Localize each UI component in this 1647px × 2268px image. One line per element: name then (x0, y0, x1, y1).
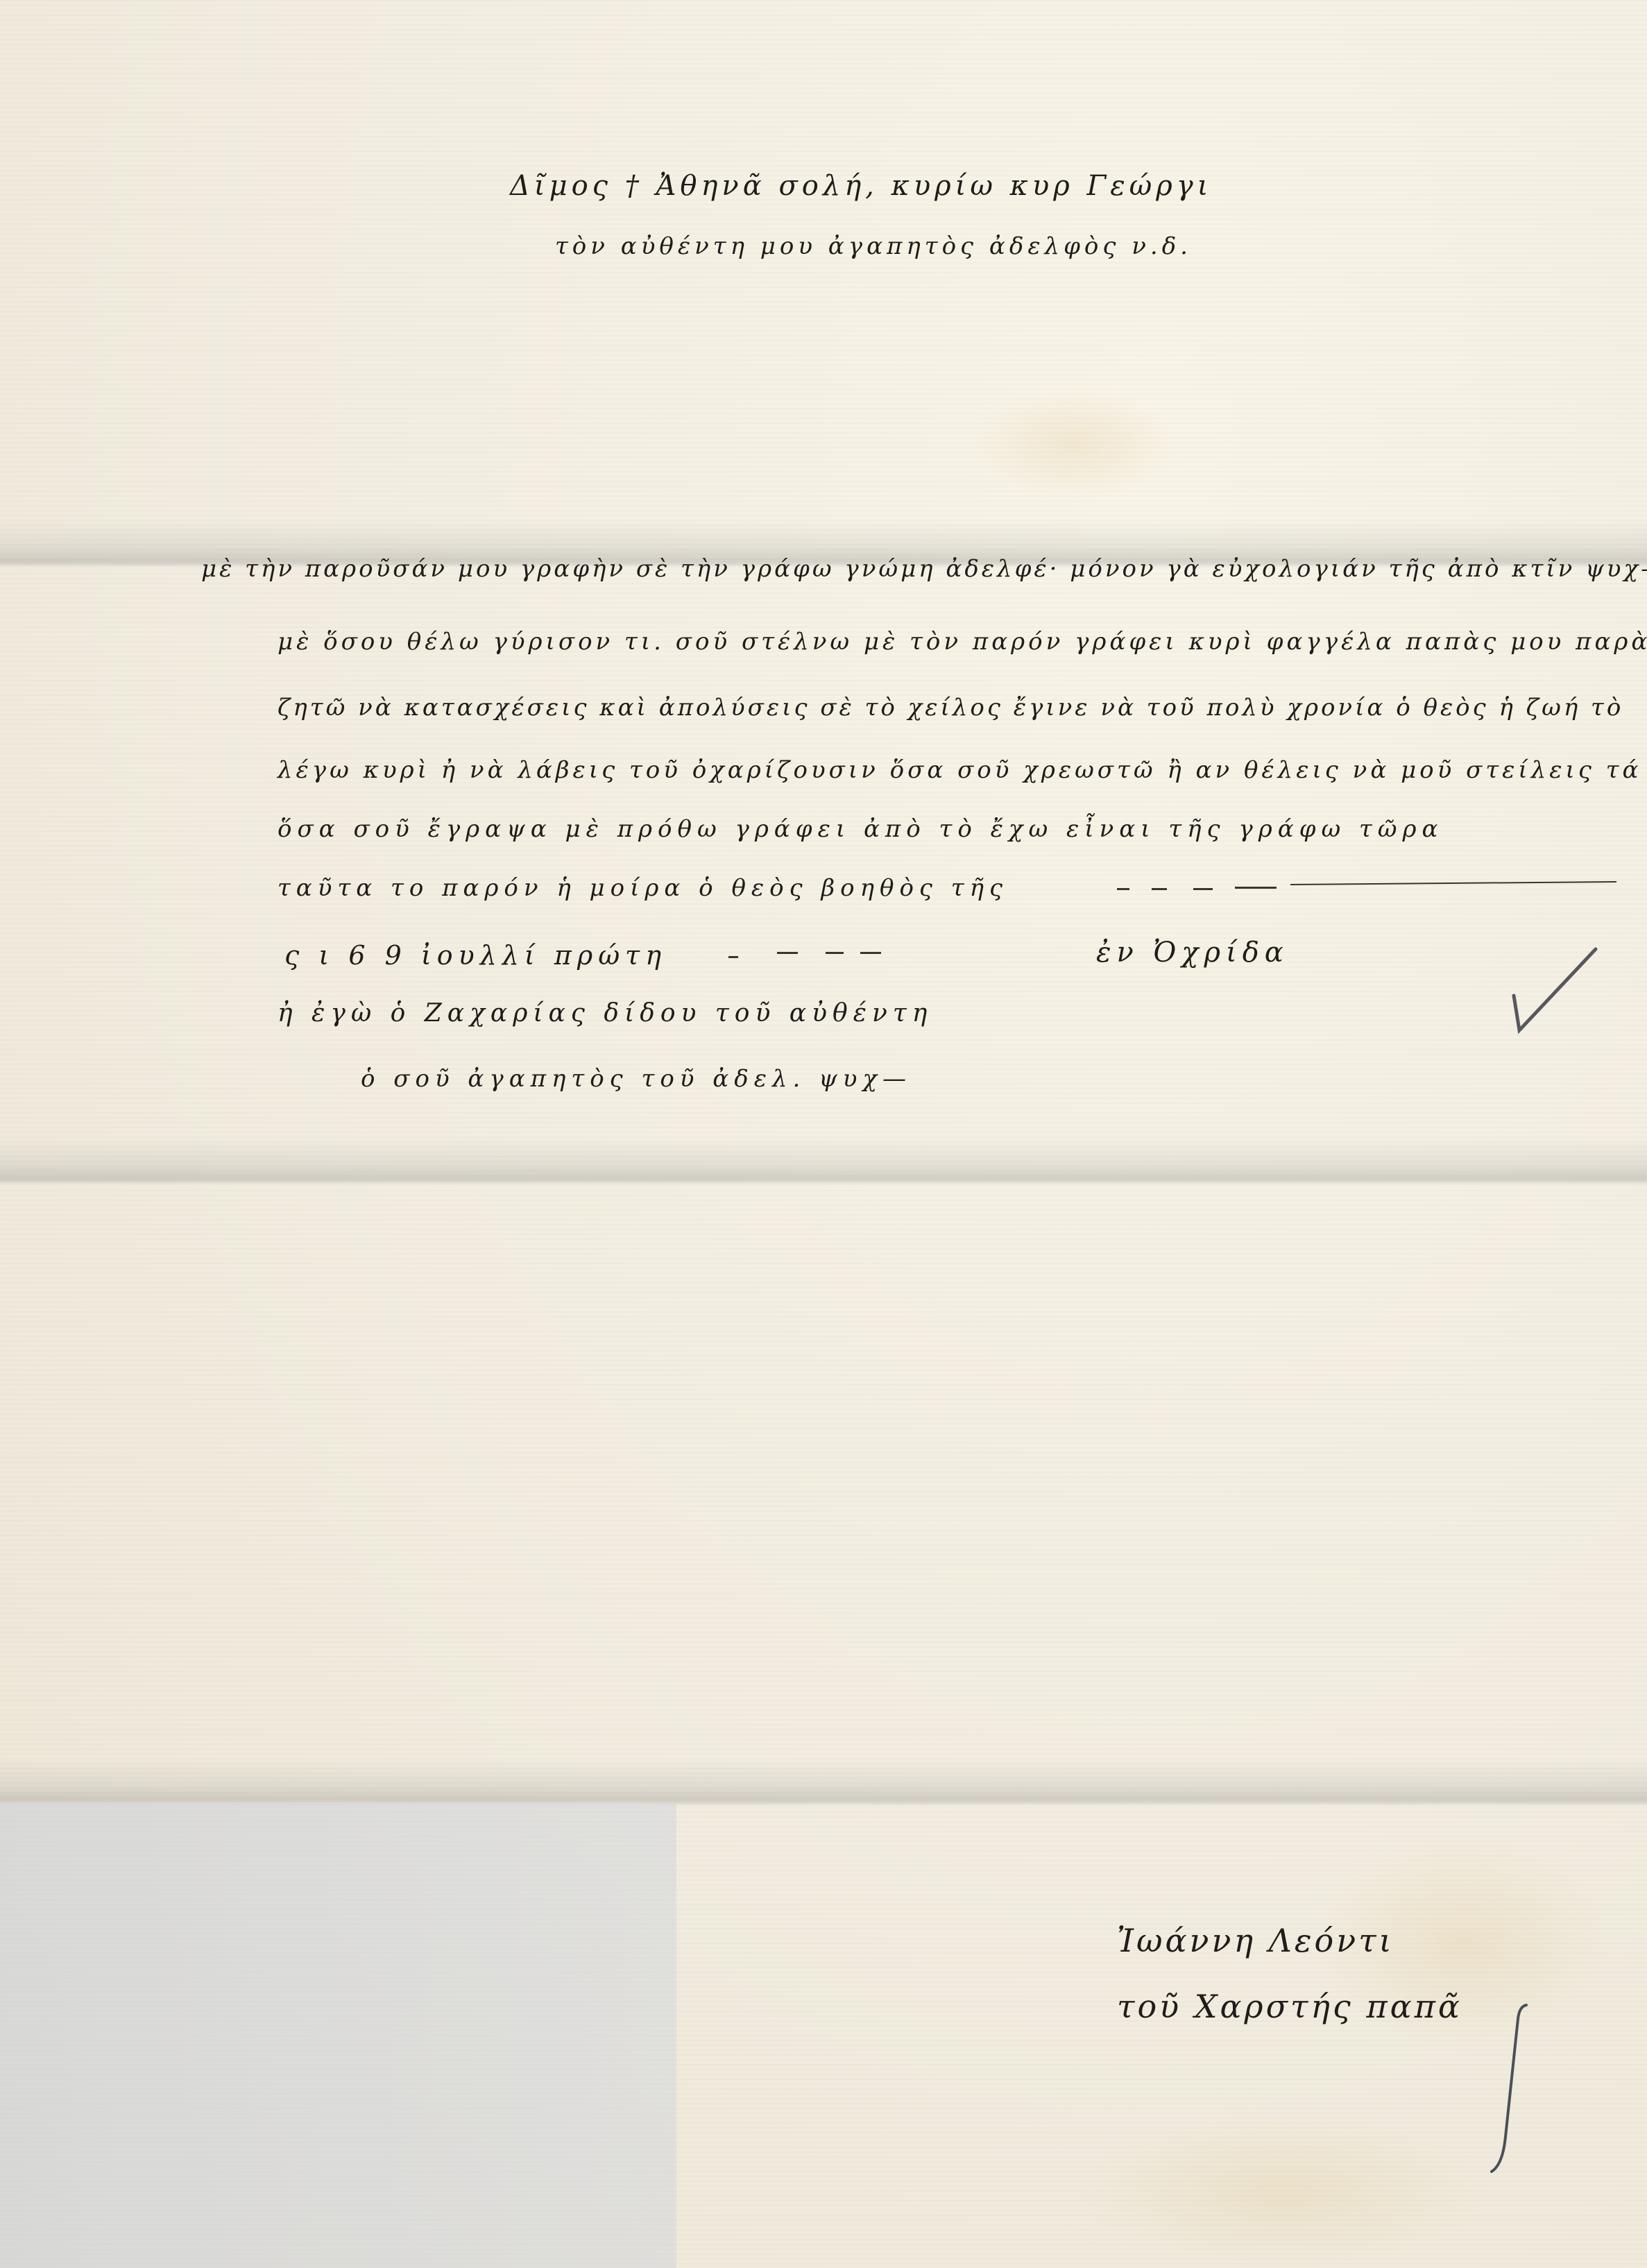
fold-crease-2 (0, 1138, 1647, 1186)
fold-crease-3 (0, 1759, 1647, 1807)
body-line-4: λέγω κυρὶ ἠ νὰ λάβεις τοῦ ὀχαρίζουσιν ὅσ… (278, 756, 1641, 784)
body-line-5: ὅσα σοῦ ἔγραψα μὲ πρόθω γράφει ἀπὸ τὸ ἔχ… (278, 815, 1443, 843)
signature-line-2: τοῦ Χαρστής παπᾶ (1117, 1988, 1462, 2025)
dash (1235, 887, 1277, 889)
checkmark-icon (1505, 944, 1603, 1041)
dash (860, 952, 881, 954)
letter-sheet: Δῖμος † Ἀθηνᾶ σολή, κυρίω κυρ Γεώργι τὸν… (0, 0, 1647, 2268)
shaded-paper-region (0, 1804, 676, 2268)
header-line-2: τὸν αὐθέντη μου ἀγαπητὸς ἀδελφὸς ν.δ. (555, 232, 1192, 260)
margin-stroke-icon (1478, 1998, 1533, 2179)
rule-line (1290, 881, 1616, 885)
body-line-2: μὲ ὅσου θέλω γύρισον τι. σοῦ στέλνω μὲ τ… (278, 628, 1647, 656)
closing-line-1: ἠ ἐγὼ ὁ Ζαχαρίας δίδου τοῦ αὐθέντη (278, 999, 932, 1028)
body-line-1: μὲ τὴν παροῦσάν μου γραφὴν σὲ τὴν γράφω … (201, 555, 1647, 583)
signature-line-1: Ἰωάννη Λεόντι (1117, 1922, 1394, 1959)
paper-stain (1075, 2116, 1492, 2268)
dash (826, 952, 844, 954)
dash (1152, 888, 1167, 890)
body-line-3: ζητῶ νὰ κατασχέσεις καὶ ἀπολύσεις σὲ τὸ … (278, 694, 1623, 722)
dateline-place: ἐν Ὀχρίδα (1096, 937, 1289, 969)
dateline-date: ς ι 6 9 ἰουλλί πρώτη (284, 940, 667, 971)
dash (777, 952, 798, 954)
dash (728, 956, 738, 958)
closing-line-2: ὁ σοῦ ἀγαπητὸς τοῦ ἀδελ. ψυχ— (361, 1065, 912, 1093)
dash (1117, 888, 1129, 890)
body-line-6: ταῦτα το παρόν ἡ μοίρα ὁ θεὸς βοηθὸς τῆς (278, 874, 1008, 902)
header-line-1: Δῖμος † Ἀθηνᾶ σολή, κυρίω κυρ Γεώργι (510, 170, 1212, 202)
paper-stain (971, 389, 1179, 500)
dash (1193, 888, 1213, 890)
